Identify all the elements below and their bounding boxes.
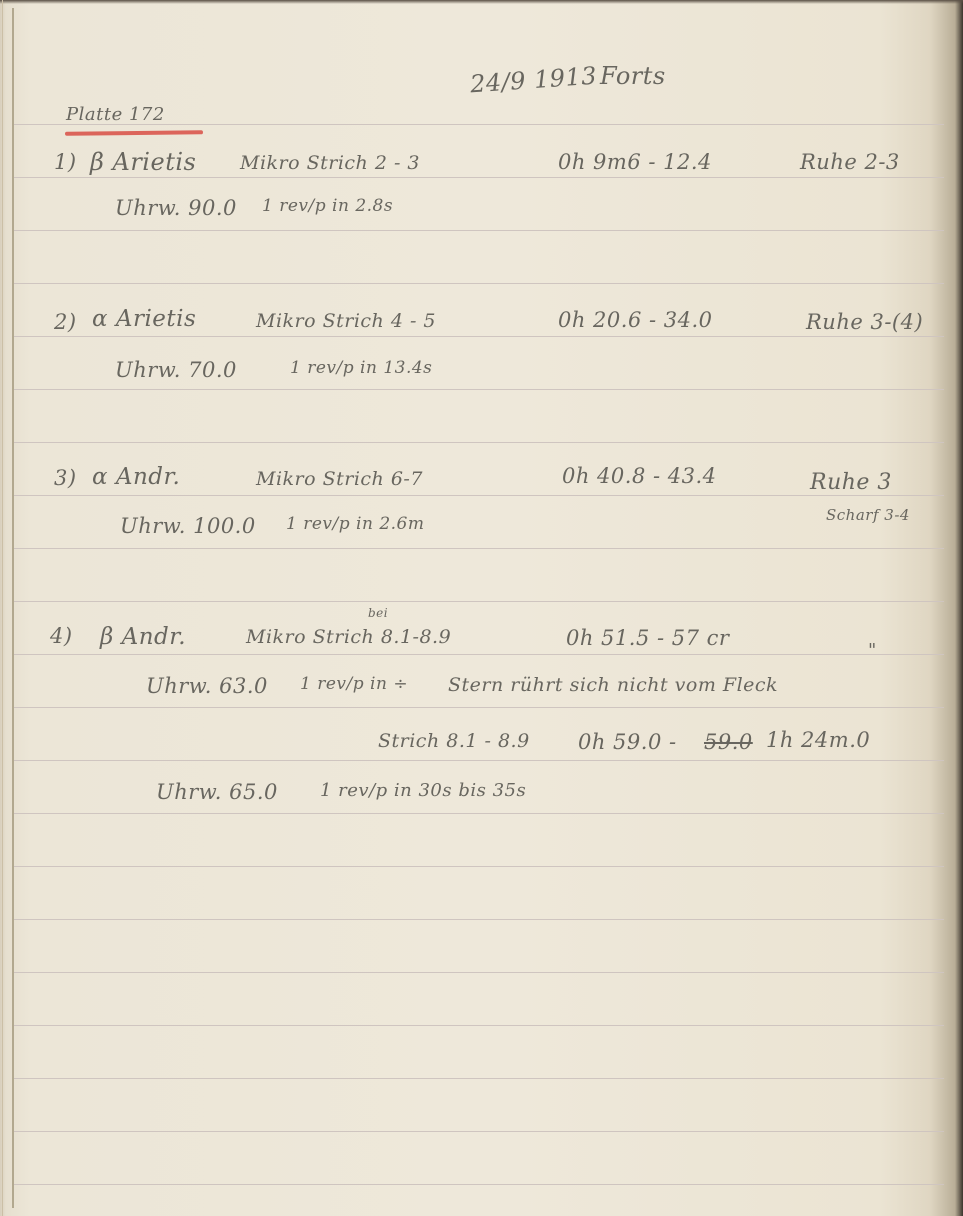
entry-3-number: 3): [54, 466, 77, 490]
entry-1-time: 0h 9m6 - 12.4: [558, 150, 712, 174]
rule-line: [14, 548, 944, 549]
entry-2-number: 2): [54, 310, 77, 334]
rule-line: [14, 177, 944, 178]
header-title: Forts: [600, 62, 666, 90]
rule-line: [14, 1184, 944, 1185]
notebook-page: 24/9 1913 Forts Platte 172 1) β Arietis …: [0, 0, 963, 1216]
entry-1-mikro: Mikro Strich 2 - 3: [240, 152, 420, 174]
entry-1-rate: 1 rev/p in 2.8s: [262, 196, 393, 216]
plate-label: Platte 172: [66, 104, 165, 125]
rule-line: [14, 495, 944, 496]
entry-4-sub-time-struck: 59.0: [704, 730, 753, 754]
rule-line: [14, 707, 944, 708]
entry-4-star: β Andr.: [100, 624, 186, 650]
entry-2-mikro: Mikro Strich 4 - 5: [256, 310, 436, 332]
entry-4-note: Stern rührt sich nicht vom Fleck: [448, 674, 778, 696]
entry-4-sub-rate: 1 rev/p in 30s bis 35s: [320, 780, 526, 801]
entry-4-ditto: ": [868, 640, 877, 661]
rule-line: [14, 654, 944, 655]
entry-1-star: β Arietis: [90, 148, 196, 176]
entry-4-rate: 1 rev/p in ÷: [300, 674, 408, 694]
entry-3-remark: Ruhe 3: [810, 470, 892, 495]
rule-line: [14, 972, 944, 973]
entry-1-number: 1): [54, 150, 77, 174]
rule-line: [14, 919, 944, 920]
entry-3-time: 0h 40.8 - 43.4: [562, 464, 717, 488]
rule-line: [14, 813, 944, 814]
rule-line: [14, 866, 944, 867]
entry-4-sub-time: 0h 59.0 -: [578, 730, 677, 754]
rule-line: [14, 336, 944, 337]
rule-line: [14, 1025, 944, 1026]
entry-3-star: α Andr.: [92, 464, 180, 490]
entry-2-uhrw: Uhrw. 70.0: [115, 358, 237, 382]
entry-2-remark: Ruhe 3-(4): [806, 310, 923, 334]
entry-4-sub-time-end: 1h 24m.0: [766, 728, 870, 752]
entry-4-number: 4): [50, 624, 73, 648]
rule-line: [14, 1078, 944, 1079]
rule-line: [14, 230, 944, 231]
entry-4-uhrw: Uhrw. 63.0: [146, 674, 268, 698]
entry-2-star: α Arietis: [92, 306, 196, 332]
entry-4-mikro-annotation: bei: [368, 606, 388, 620]
rule-line: [14, 760, 944, 761]
plate-label-underline: [65, 130, 203, 135]
entry-1-remark: Ruhe 2-3: [800, 150, 900, 174]
rule-line: [14, 389, 944, 390]
rule-line: [14, 442, 944, 443]
entry-3-mikro: Mikro Strich 6-7: [256, 468, 423, 490]
rule-line: [14, 601, 944, 602]
rule-line: [14, 1131, 944, 1132]
page-top-shadow: [0, 0, 963, 4]
page-edge: [2, 0, 3, 1216]
entry-3-uhrw: Uhrw. 100.0: [120, 514, 256, 538]
entry-4-mikro: Mikro Strich 8.1-8.9: [246, 626, 451, 648]
entry-1-uhrw: Uhrw. 90.0: [115, 196, 237, 220]
binding-line: [12, 8, 14, 1208]
entry-3-rate: 1 rev/p in 2.6m: [286, 514, 424, 534]
entry-2-rate: 1 rev/p in 13.4s: [290, 358, 432, 378]
header-date: 24/9 1913: [469, 62, 598, 99]
rule-line: [14, 283, 944, 284]
entry-4-sub-uhrw: Uhrw. 65.0: [156, 780, 278, 804]
entry-2-time: 0h 20.6 - 34.0: [558, 308, 713, 332]
entry-3-remark-2: Scharf 3-4: [826, 506, 910, 524]
entry-4-sub-mikro: Strich 8.1 - 8.9: [378, 730, 530, 752]
entry-4-time: 0h 51.5 - 57 cr: [566, 626, 729, 650]
